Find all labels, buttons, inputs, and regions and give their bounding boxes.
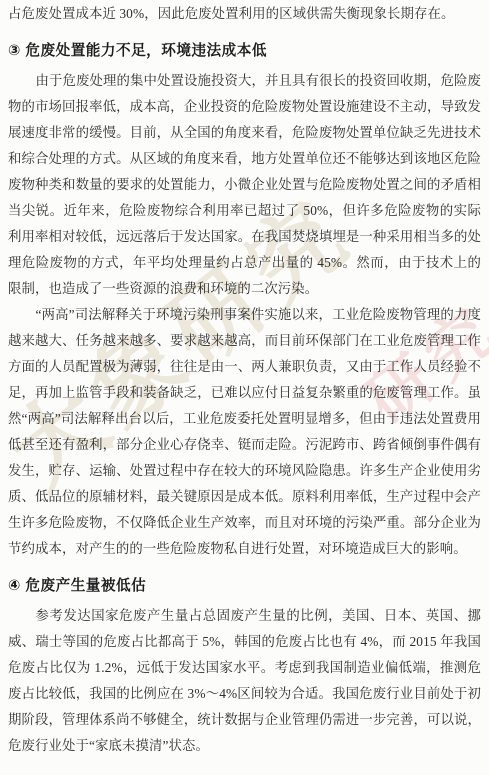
paragraph-disposal-capacity: 由于危废处理的集中处置设施投资大，并且具有很长的投资回收期，危险废物的市场回报率… xyxy=(8,68,481,302)
section-heading-3: ③ 危废处置能力不足，环境违法成本低 xyxy=(8,38,481,64)
section-heading-4: ④ 危废产生量被低估 xyxy=(8,573,481,599)
page-content: 占危废处置成本近 30%，因此危废处置利用的区域供需失衡现象长期存在。 ③ 危废… xyxy=(0,0,489,759)
paragraph-regulation-enforcement: “两高”司法解释关于环境污染刑事案件实施以来，工业危险废物管理的力度越来越大、任… xyxy=(8,302,481,562)
document-page: 大象研究 研究 占危废处置成本近 30%，因此危废处置利用的区域供需失衡现象长期… xyxy=(0,0,489,775)
paragraph-underestimated-output: 参考发达国家危废产生量占总固废产生量的比例，美国、日本、英国、挪威、瑞士等国的危… xyxy=(8,603,481,759)
paragraph-continuation: 占危废处置成本近 30%，因此危废处置利用的区域供需失衡现象长期存在。 xyxy=(8,1,481,27)
